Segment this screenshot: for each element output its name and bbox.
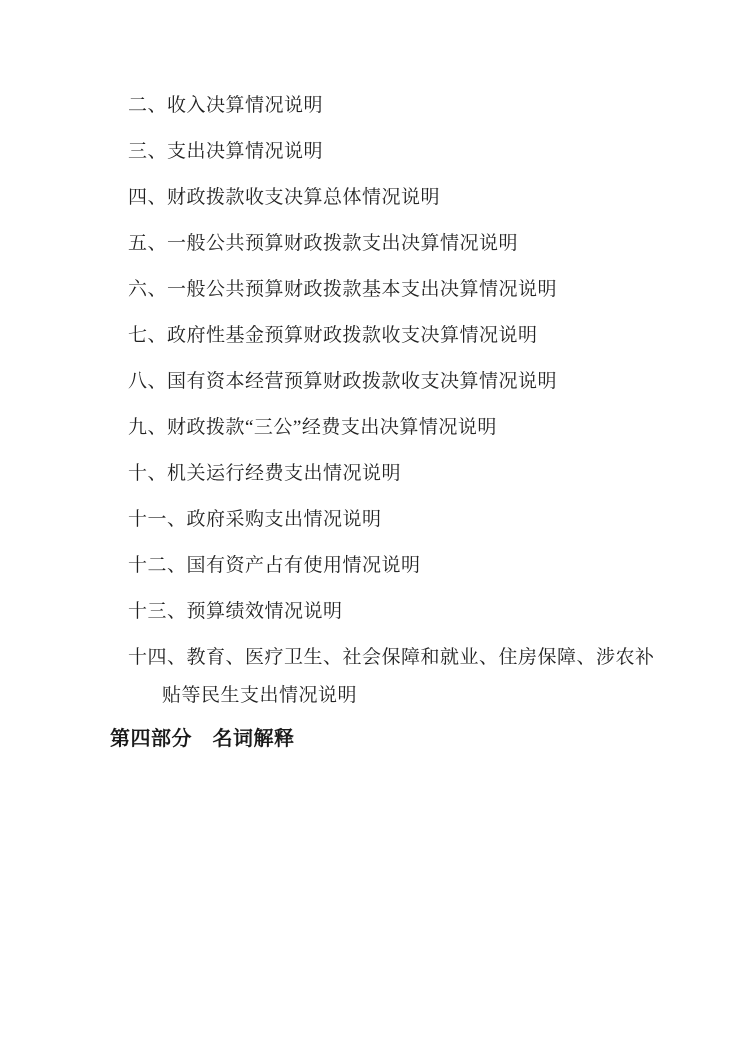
- toc-item-4: 四、财政拨款收支决算总体情况说明: [128, 186, 440, 210]
- toc-item-14-line1: 十四、教育、医疗卫生、社会保障和就业、住房保障、涉农补: [128, 646, 655, 670]
- toc-item-9: 九、财政拨款“三公”经费支出决算情况说明: [128, 416, 497, 440]
- toc-item-5: 五、一般公共预算财政拨款支出决算情况说明: [128, 232, 518, 256]
- toc-item-13: 十三、预算绩效情况说明: [128, 600, 343, 624]
- toc-item-3: 三、支出决算情况说明: [128, 140, 323, 164]
- toc-item-6: 六、一般公共预算财政拨款基本支出决算情况说明: [128, 278, 557, 302]
- toc-item-14-line2: 贴等民生支出情况说明: [162, 684, 357, 708]
- document-page: 二、收入决算情况说明 三、支出决算情况说明 四、财政拨款收支决算总体情况说明 五…: [0, 0, 749, 1060]
- toc-item-2: 二、收入决算情况说明: [128, 94, 323, 118]
- toc-item-8: 八、国有资本经营预算财政拨款收支决算情况说明: [128, 370, 557, 394]
- toc-item-11: 十一、政府采购支出情况说明: [128, 508, 382, 532]
- toc-item-7: 七、政府性基金预算财政拨款收支决算情况说明: [128, 324, 538, 348]
- toc-item-10: 十、机关运行经费支出情况说明: [128, 462, 401, 486]
- section-heading-part4: 第四部分 名词解释: [110, 726, 295, 752]
- toc-item-12: 十二、国有资产占有使用情况说明: [128, 554, 421, 578]
